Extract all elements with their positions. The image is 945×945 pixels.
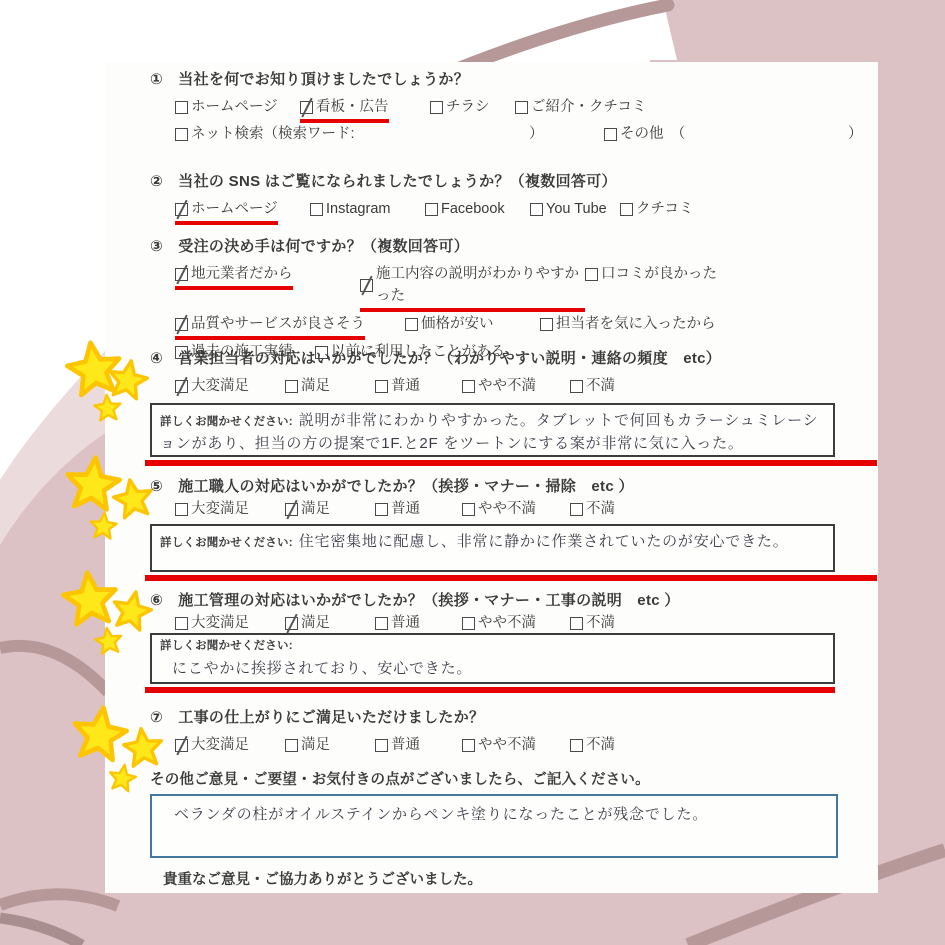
checkbox-icon <box>585 268 598 281</box>
checkbox-icon <box>375 380 388 393</box>
checkbox-icon <box>462 503 475 516</box>
question-7-ratings-row: 大変満足 満足 普通 やや不満 不満 <box>175 734 865 757</box>
checkbox-icon <box>300 101 313 114</box>
question-1-options-row-1: ホームページ 看板・広告 チラシ ご紹介・クチコミ <box>175 96 865 123</box>
rating-very-satisfied[interactable]: 大変満足 <box>175 500 285 519</box>
question-4-title: ④ 営業担当者の対応はいかがでしたか？（わかりやすい説明・連絡の頻度 etc） <box>150 349 865 369</box>
red-marker-line <box>145 687 835 693</box>
red-marker-line <box>145 460 877 466</box>
checkbox-icon <box>425 203 438 216</box>
comment-box-label: 詳しくお聞かせください: <box>160 537 293 549</box>
question-3-options-row-1: 地元業者だから 施工内容の説明がわかりやすかった 口コミが良かった <box>175 263 865 312</box>
option-label: ご紹介・クチコミ <box>531 96 646 118</box>
option-good-reviews[interactable]: 口コミが良かった <box>585 263 717 286</box>
checkbox-icon <box>175 318 188 331</box>
option-good-quality[interactable]: 品質やサービスが良さそう <box>175 313 405 340</box>
checkbox-icon <box>175 503 188 516</box>
thanks-message: 貴重なご意見・ご協力ありがとうございました。 <box>163 868 878 889</box>
handwritten-comment: 住宅密集地に配慮し、非常に静かに作業されていたのが安心できた。 <box>299 533 789 550</box>
option-label: その他 （ <box>620 123 685 145</box>
option-instagram[interactable]: Instagram <box>310 198 425 221</box>
rating-neutral[interactable]: 普通 <box>375 614 462 633</box>
question-5-comment-box[interactable]: 詳しくお聞かせください:住宅密集地に配慮し、非常に静かに作業されていたのが安心で… <box>150 524 835 572</box>
question-2-options-row: ホームページ Instagram Facebook You Tube クチコミ <box>175 198 865 225</box>
option-liked-representative[interactable]: 担当者を気に入ったから <box>540 313 716 336</box>
question-7: ⑦ 工事の仕上がりにご満足いただけましたか？ 大変満足 満足 普通 やや不満 不… <box>150 708 865 757</box>
checkbox-icon <box>310 203 323 216</box>
checkbox-icon <box>285 617 298 630</box>
option-label: 大変満足 <box>191 375 249 397</box>
option-label: 不満 <box>586 734 615 756</box>
question-6-ratings-row: 大変満足 満足 普通 やや不満 不満 <box>175 614 865 633</box>
option-label: チラシ <box>446 96 490 118</box>
option-label: 価格が安い <box>421 313 494 335</box>
option-net-search[interactable]: ネット検索（検索ワード: <box>175 123 355 146</box>
question-4-ratings-row: 大変満足 満足 普通 やや不満 不満 <box>175 375 865 398</box>
checkbox-icon <box>462 617 475 630</box>
survey-paper: ① 当社を何でお知り頂けましたでしょうか？ ホームページ 看板・広告 チラシ ご… <box>105 62 878 893</box>
checkbox-icon <box>360 279 373 292</box>
option-label: 大変満足 <box>191 734 249 756</box>
handwritten-comment: にこやかに挨拶されており、安心できた。 <box>172 660 472 677</box>
question-1-title: ① 当社を何でお知り頂けましたでしょうか？ <box>150 70 865 90</box>
option-label: 施工内容の説明がわかりやすかった <box>376 263 585 307</box>
rating-satisfied[interactable]: 満足 <box>285 500 375 519</box>
rating-very-satisfied[interactable]: 大変満足 <box>175 375 285 398</box>
rating-neutral[interactable]: 普通 <box>375 734 462 757</box>
checkbox-icon <box>405 318 418 331</box>
checkbox-icon <box>530 203 543 216</box>
checkbox-icon <box>285 380 298 393</box>
rating-somewhat-dissatisfied[interactable]: やや不満 <box>462 614 570 633</box>
question-3: ③ 受注の決め手は何ですか？（複数回答可） 地元業者だから 施工内容の説明がわか… <box>150 237 865 364</box>
question-1-options-row-2: ネット検索（検索ワード: ） その他 （ ） <box>150 123 865 145</box>
checkbox-icon <box>175 128 188 141</box>
checkbox-icon <box>604 128 617 141</box>
survey-scan-page: ① 当社を何でお知り頂けましたでしょうか？ ホームページ 看板・広告 チラシ ご… <box>0 0 945 945</box>
checkbox-icon <box>462 739 475 752</box>
question-7-title: ⑦ 工事の仕上がりにご満足いただけましたか？ <box>150 708 865 728</box>
option-label: ホームページ <box>191 96 278 118</box>
question-6-title: ⑥ 施工管理の対応はいかがでしたか？（挨拶・マナー・工事の説明 etc ） <box>150 591 865 611</box>
option-label: 満足 <box>301 734 330 756</box>
rating-somewhat-dissatisfied[interactable]: やや不満 <box>462 500 570 519</box>
option-label: 大変満足 <box>191 614 249 632</box>
question-5: ⑤ 施工職人の対応はいかがでしたか？（挨拶・マナー・掃除 etc ） 大変満足 … <box>150 477 865 581</box>
option-signboard-ad[interactable]: 看板・広告 <box>300 96 430 123</box>
other-comments-label: その他ご意見・ご要望・お気付きの点がございましたら、ご記入ください。 <box>150 770 865 790</box>
star-icon <box>92 624 125 657</box>
rating-very-satisfied[interactable]: 大変満足 <box>175 734 285 757</box>
option-label: Instagram <box>326 198 390 220</box>
question-6-comment-box[interactable]: 詳しくお聞かせください:にこやかに挨拶されており、安心できた。 <box>150 633 835 684</box>
checkbox-icon <box>285 739 298 752</box>
option-label: 普通 <box>391 500 420 518</box>
rating-dissatisfied[interactable]: 不満 <box>570 614 630 633</box>
option-facebook[interactable]: Facebook <box>425 198 530 221</box>
checkbox-icon <box>175 101 188 114</box>
checkbox-icon <box>175 268 188 281</box>
option-kuchikomi[interactable]: クチコミ <box>620 198 693 221</box>
option-label: You Tube <box>546 198 607 220</box>
checkbox-icon <box>540 318 553 331</box>
option-label: やや不満 <box>478 500 536 518</box>
paren-close: ） <box>529 123 544 145</box>
option-youtube[interactable]: You Tube <box>530 198 620 221</box>
checkbox-icon <box>375 739 388 752</box>
option-label: 不満 <box>586 500 615 518</box>
rating-satisfied[interactable]: 満足 <box>285 375 375 398</box>
rating-dissatisfied[interactable]: 不満 <box>570 500 630 519</box>
option-flyer[interactable]: チラシ <box>430 96 515 119</box>
checkbox-icon <box>175 380 188 393</box>
comment-box-label: 詳しくお聞かせください: <box>160 637 819 653</box>
rating-satisfied[interactable]: 満足 <box>285 734 375 757</box>
checkbox-icon <box>285 503 298 516</box>
checkbox-icon <box>175 203 188 216</box>
option-label: ホームページ <box>191 198 278 220</box>
option-label: 普通 <box>391 734 420 756</box>
option-label: 満足 <box>301 614 330 632</box>
option-label: 地元業者だから <box>191 263 293 285</box>
option-homepage[interactable]: ホームページ <box>175 96 300 119</box>
option-label: 担当者を気に入ったから <box>556 313 716 335</box>
option-other[interactable]: その他 （ <box>604 123 685 146</box>
checkbox-icon <box>570 617 583 630</box>
option-label: 満足 <box>301 500 330 518</box>
option-clear-explanation[interactable]: 施工内容の説明がわかりやすかった <box>360 263 585 312</box>
option-label: やや不満 <box>478 375 536 397</box>
comment-box-label: 詳しくお聞かせください: <box>160 416 293 428</box>
question-3-title: ③ 受注の決め手は何ですか？（複数回答可） <box>150 237 865 257</box>
checkbox-icon <box>175 617 188 630</box>
paren-close: ） <box>848 123 863 145</box>
checkbox-icon <box>515 101 528 114</box>
question-4-comment-box[interactable]: 詳しくお聞かせください:説明が非常にわかりやすかった。タブレットで何回もカラーシ… <box>150 403 835 457</box>
option-label: 不満 <box>586 614 615 632</box>
star-icon <box>88 510 119 541</box>
option-label: 看板・広告 <box>316 96 389 118</box>
option-label: 満足 <box>301 375 330 397</box>
rating-very-satisfied[interactable]: 大変満足 <box>175 614 285 633</box>
option-label: 普通 <box>391 375 420 397</box>
question-4: ④ 営業担当者の対応はいかがでしたか？（わかりやすい説明・連絡の頻度 etc） … <box>150 349 865 466</box>
star-icon <box>106 761 140 795</box>
question-5-ratings-row: 大変満足 満足 普通 やや不満 不満 <box>175 500 865 519</box>
checkbox-icon <box>375 617 388 630</box>
option-label: 不満 <box>586 375 615 397</box>
option-label: ネット検索（検索ワード: <box>191 123 355 145</box>
rating-somewhat-dissatisfied[interactable]: やや不満 <box>462 734 570 757</box>
option-local-company[interactable]: 地元業者だから <box>175 263 360 290</box>
option-label: やや不満 <box>478 734 536 756</box>
rating-dissatisfied[interactable]: 不満 <box>570 734 630 757</box>
question-3-options-row-2: 品質やサービスが良さそう 価格が安い 担当者を気に入ったから <box>175 313 865 340</box>
option-label: Facebook <box>441 198 505 220</box>
option-low-price[interactable]: 価格が安い <box>405 313 540 336</box>
handwritten-comment: ベランダの柱がオイルステインからペンキ塗りになったことが残念でした。 <box>174 806 708 823</box>
option-label: やや不満 <box>478 614 536 632</box>
other-comments-box[interactable]: ベランダの柱がオイルステインからペンキ塗りになったことが残念でした。 <box>150 794 838 858</box>
checkbox-icon <box>570 503 583 516</box>
option-label: 大変満足 <box>191 500 249 518</box>
rating-somewhat-dissatisfied[interactable]: やや不満 <box>462 375 570 398</box>
option-label: 口コミが良かった <box>601 263 717 285</box>
checkbox-icon <box>570 739 583 752</box>
option-homepage[interactable]: ホームページ <box>175 198 310 225</box>
survey-content: ① 当社を何でお知り頂けましたでしょうか？ ホームページ 看板・広告 チラシ ご… <box>105 62 878 893</box>
question-5-title: ⑤ 施工職人の対応はいかがでしたか？（挨拶・マナー・掃除 etc ） <box>150 477 865 497</box>
red-marker-line <box>145 575 877 581</box>
option-label: 普通 <box>391 614 420 632</box>
option-referral[interactable]: ご紹介・クチコミ <box>515 96 646 119</box>
checkbox-icon <box>462 380 475 393</box>
question-2-title: ② 当社の SNS はご覧になられましたでしょうか？（複数回答可） <box>150 172 865 192</box>
other-comments-section: その他ご意見・ご要望・お気付きの点がございましたら、ご記入ください。 ベランダの… <box>150 770 865 858</box>
star-icon <box>92 392 123 423</box>
checkbox-icon <box>620 203 633 216</box>
question-1: ① 当社を何でお知り頂けましたでしょうか？ ホームページ 看板・広告 チラシ ご… <box>150 70 865 145</box>
checkbox-icon <box>570 380 583 393</box>
question-6: ⑥ 施工管理の対応はいかがでしたか？（挨拶・マナー・工事の説明 etc ） 大変… <box>150 591 865 693</box>
rating-dissatisfied[interactable]: 不満 <box>570 375 630 398</box>
checkbox-icon <box>430 101 443 114</box>
rating-neutral[interactable]: 普通 <box>375 500 462 519</box>
rating-satisfied[interactable]: 満足 <box>285 614 375 633</box>
checkbox-icon <box>175 739 188 752</box>
question-2: ② 当社の SNS はご覧になられましたでしょうか？（複数回答可） ホームページ… <box>150 172 865 225</box>
option-label: クチコミ <box>636 198 693 220</box>
option-label: 品質やサービスが良さそう <box>191 313 365 335</box>
rating-neutral[interactable]: 普通 <box>375 375 462 398</box>
checkbox-icon <box>375 503 388 516</box>
